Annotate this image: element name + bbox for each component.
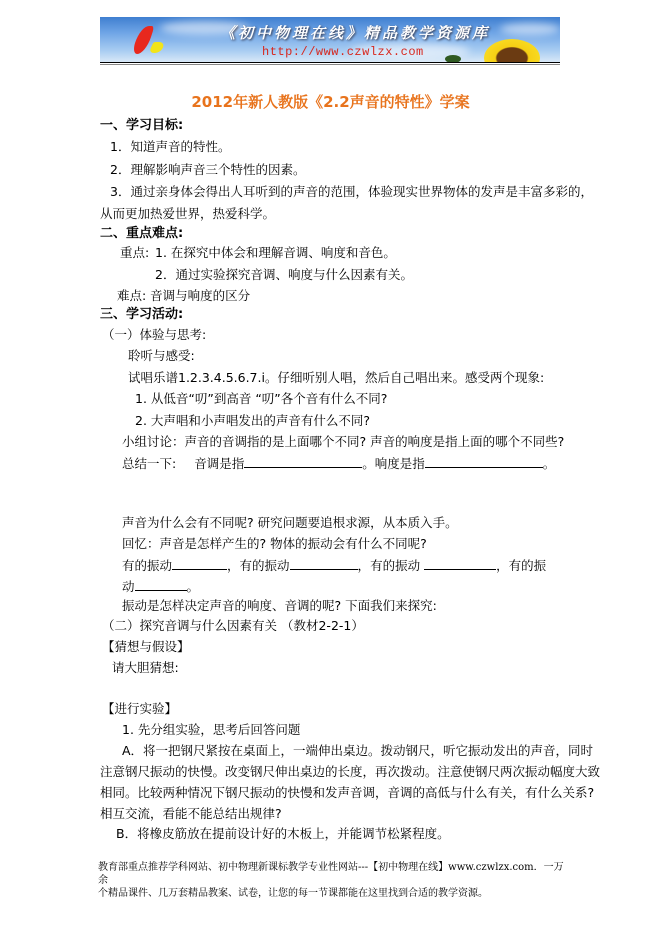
paragraph: 振动是怎样决定声音的响度、音调的呢? 下面我们来探究: <box>122 598 437 614</box>
banner-cloud <box>500 23 560 35</box>
bracket-heading: 【猜想与假设】 <box>102 639 190 655</box>
summary-line: 总结一下: 音调是指。响度是指。 <box>122 455 555 472</box>
paragraph: 声音为什么会有不同呢? 研究问题要追根求源，从本质入手。 <box>122 515 458 531</box>
site-banner: 《初中物理在线》精品教学资源库 http://www.czwlzx.com <box>100 17 560 62</box>
experiment-step: A．将一把钢尺紧按在桌面上，一端伸出桌边。拨动钢尺，听它振动发出的声音，同时 <box>122 743 593 759</box>
sunflower-icon <box>484 39 540 62</box>
punctuation: 。 <box>543 456 556 471</box>
label: 有的振 <box>509 558 547 573</box>
difficulty-point: 难点: 音调与响度的区分 <box>117 288 250 304</box>
banner-url-link[interactable]: http://www.czwlzx.com <box>262 45 424 59</box>
subsection-heading: （一）体验与思考: <box>102 327 206 343</box>
footer-line: 个精品课件、几万套精品教案、试卷，让您的每一节课都能在这里找到合适的教学资源。 <box>98 887 568 900</box>
question-item: 1. 从低音“叨”到高音 “叨”各个音有什么不同? <box>135 391 387 407</box>
paragraph: 小组讨论：声音的音调指的是上面哪个不同? 声音的响度是指上面的哪个不同些? <box>122 434 564 450</box>
objective-item: 3．通过亲身体会得出人耳听到的声音的范围，体验现实世界物体的发声是丰富多彩的， <box>110 184 593 200</box>
vibration-blanks-line-2: 动。 <box>122 578 199 595</box>
paragraph: 聆听与感受: <box>128 348 195 364</box>
experiment-step: 1. 先分组实验，思考后回答问题 <box>122 722 300 738</box>
experiment-step-cont: 相同。比较两种情况下钢尺振动的快慢和发声音调，音调的高低与什么有关，有什么关系? <box>100 785 594 801</box>
punctuation: ， <box>358 558 371 573</box>
vibration-blank-2[interactable] <box>290 557 358 570</box>
experiment-step: B．将橡皮筋放在提前设计好的木板上，并能调节松紧程度。 <box>116 826 450 842</box>
page-footer: 教育部重点推荐学科网站、初中物理新课标教学专业性网站---【初中物理在线】www… <box>98 861 568 900</box>
paragraph: 试唱乐谱1.2.3.4.5.6.7.i。仔细听别人唱，然后自己唱出来。感受两个现… <box>128 370 544 386</box>
paragraph: 回忆：声音是怎样产生的? 物体的振动会有什么不同呢? <box>122 536 427 552</box>
header-divider <box>100 62 560 63</box>
punctuation: 。 <box>187 579 200 594</box>
site-logo-icon <box>148 42 165 53</box>
paragraph: 请大胆猜想: <box>112 660 179 676</box>
objective-item-continued: 从而更加热爱世界，热爱科学。 <box>100 206 275 222</box>
label: 有的振动 <box>370 558 420 573</box>
footer-line: 教育部重点推荐学科网站、初中物理新课标教学专业性网站---【初中物理在线】www… <box>98 861 568 887</box>
header-divider <box>100 64 560 65</box>
vibration-blanks-line: 有的振动，有的振动，有的振动，有的振 <box>122 557 546 574</box>
document-title: 2012年新人教版《2.2声音的特性》学案 <box>0 91 661 112</box>
plant-icon <box>445 55 461 62</box>
section-heading-objectives: 一、学习目标: <box>100 118 183 134</box>
summary-sep: 。响度是指 <box>362 456 425 471</box>
key-point-item: 1. 在探究中体会和理解音调、响度和音色。 <box>155 245 396 261</box>
objective-item: 1．知道声音的特性。 <box>110 139 230 155</box>
vibration-blank-3[interactable] <box>424 557 496 570</box>
punctuation: ， <box>227 558 240 573</box>
label: 有的振动 <box>240 558 290 573</box>
punctuation: ， <box>496 558 509 573</box>
section-heading-activities: 三、学习活动: <box>100 307 183 323</box>
question-item: 2. 大声唱和小声唱发出的声音有什么不同? <box>135 413 370 429</box>
experiment-step-cont: 相互交流，看能不能总结出规律? <box>100 806 282 822</box>
experiment-step-cont: 注意钢尺振动的快慢。改变钢尺伸出桌边的长度，再次拨动。注意使钢尺两次振动幅度大致 <box>100 764 600 780</box>
section-heading-key-points: 二、重点难点: <box>100 226 183 242</box>
key-point-item: 2．通过实验探究音调、响度与什么因素有关。 <box>155 267 413 283</box>
subsection-heading: （二）探究音调与什么因素有关 （教材2-2-1） <box>102 618 364 634</box>
bracket-heading: 【进行实验】 <box>102 701 177 717</box>
banner-title: 《初中物理在线》精品教学资源库 <box>220 22 490 43</box>
label: 动 <box>122 579 135 594</box>
vibration-blank-1[interactable] <box>172 557 227 570</box>
summary-pitch-label: 音调是指 <box>194 456 244 471</box>
vibration-blank-4[interactable] <box>135 578 187 591</box>
objective-item: 2．理解影响声音三个特性的因素。 <box>110 162 305 178</box>
summary-label: 总结一下: <box>122 456 176 471</box>
loudness-answer-blank[interactable] <box>425 455 543 468</box>
label: 有的振动 <box>122 558 172 573</box>
key-point-label: 重点: <box>120 245 149 261</box>
pitch-answer-blank[interactable] <box>244 455 362 468</box>
